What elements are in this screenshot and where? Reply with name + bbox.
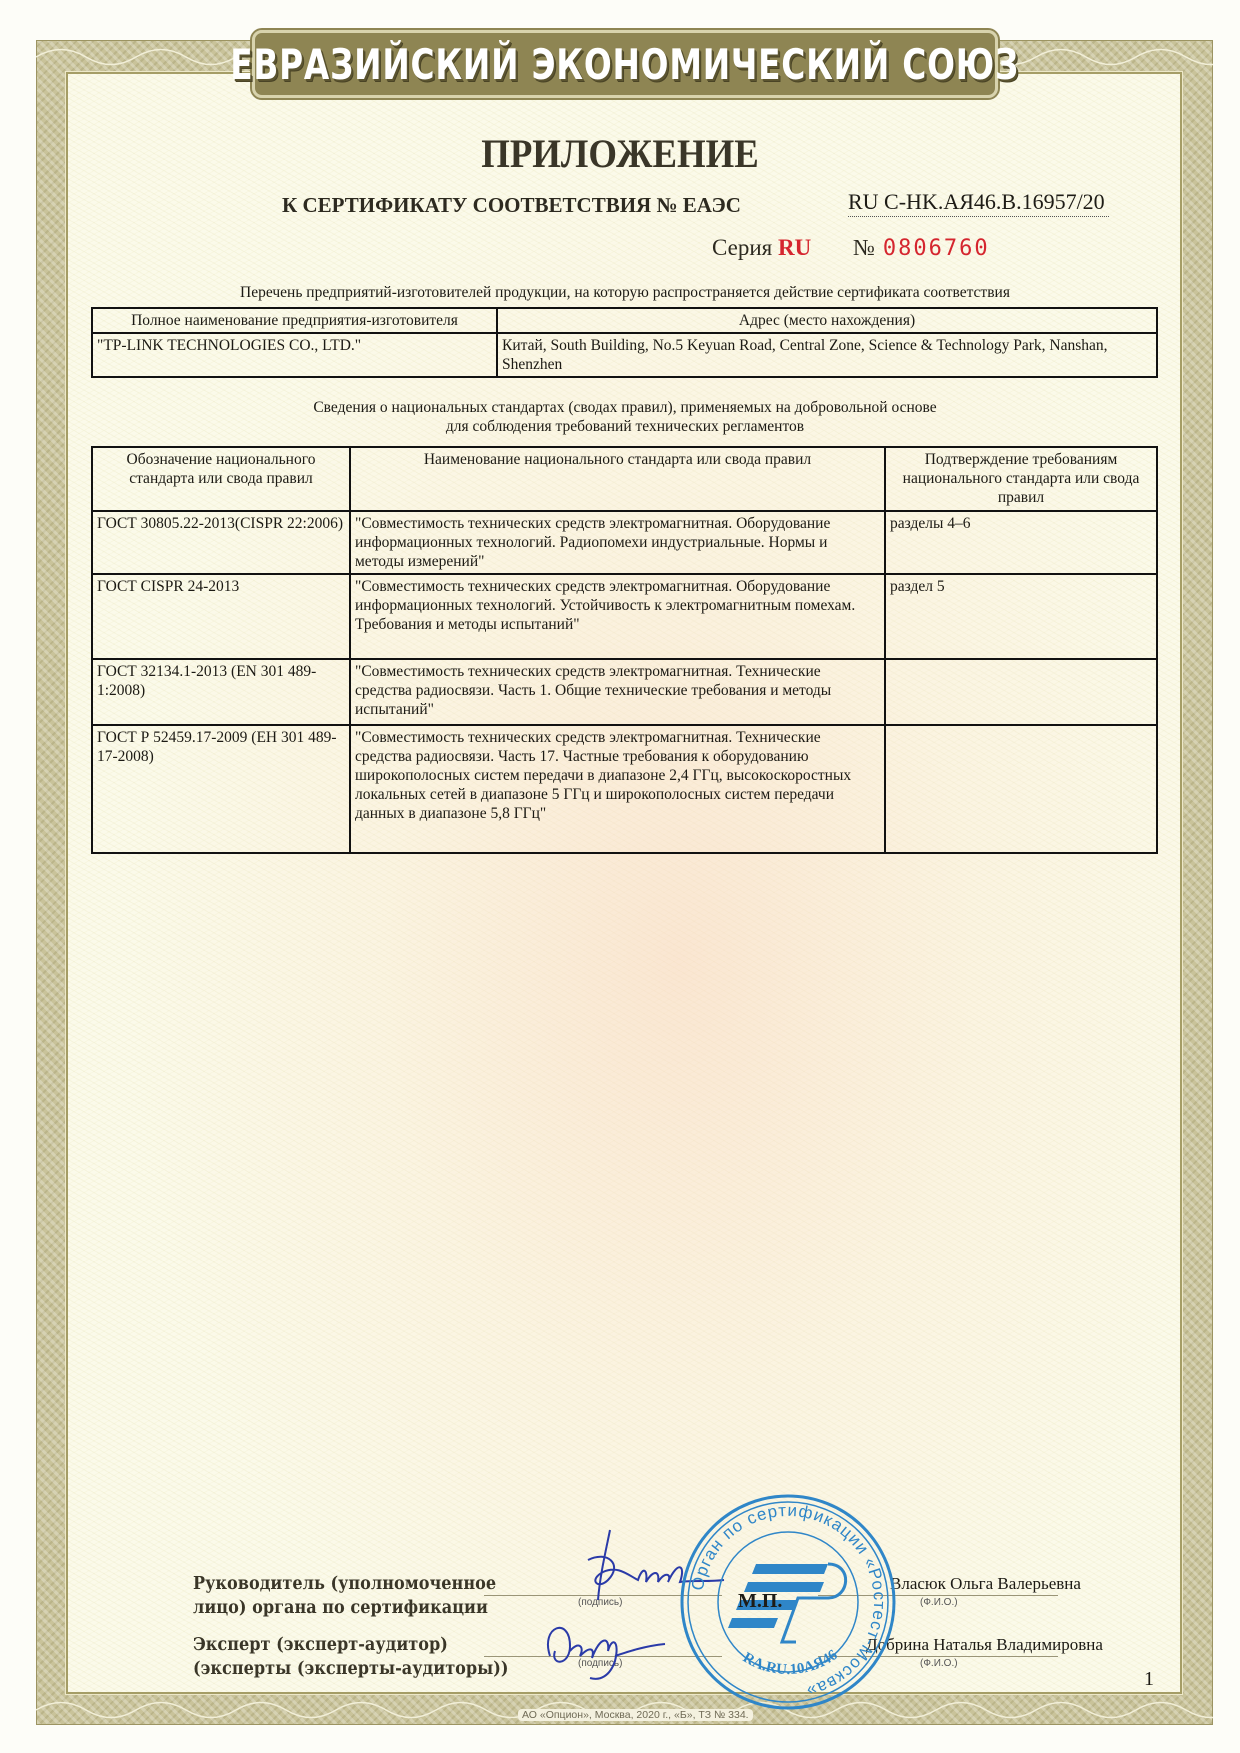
certificate-number: RU C-HK.АЯ46.B.16957/20 [848,189,1109,217]
head-name-caption: (Ф.И.О.) [920,1597,958,1608]
standards-caption-line1: Сведения о национальных стандартах (свод… [92,399,1158,417]
number-sign: № [853,235,875,260]
standards-caption-line2: для соблюдения требований технических ре… [92,418,1158,436]
standard-code: ГОСТ 32134.1-2013 (EN 301 489-1:2008) [92,659,350,725]
manufacturers-table: Полное наименование предприятия-изготови… [91,307,1158,378]
standard-code: ГОСТ Р 52459.17-2009 (ЕН 301 489-17-2008… [92,725,350,853]
head-label-line2: лицо) органа по сертификации [193,1596,496,1620]
series-label: Серия [712,235,772,260]
page-title: ПРИЛОЖЕНИЕ [50,130,1191,177]
series-value: RU [778,235,811,260]
table-row: ГОСТ 32134.1-2013 (EN 301 489-1:2008) "С… [92,659,1157,725]
standard-title: "Совместимость технических средств элект… [350,725,885,853]
svg-text:RA.RU.10АЯ46: RA.RU.10АЯ46 [740,1647,841,1678]
standard-confirmation [885,725,1157,853]
expert-label: Эксперт (эксперт-аудитор) (эксперты (экс… [193,1633,509,1681]
series-line: Серия RU №0806760 [712,235,990,261]
eaeu-banner: ЕВРАЗИЙСКИЙ ЭКОНОМИЧЕСКИЙ СОЮЗ [252,30,998,98]
table-row: "TP-LINK TECHNOLOGIES CO., LTD." Китай, … [92,333,1157,377]
standard-title: "Совместимость технических средств элект… [350,511,885,574]
manufacturer-name: "TP-LINK TECHNOLOGIES CO., LTD." [92,333,497,377]
standard-code: ГОСТ CISPR 24-2013 [92,574,350,659]
column-header: Полное наименование предприятия-изготови… [92,308,497,333]
head-label: Руководитель (уполномоченное лицо) орган… [193,1572,496,1620]
column-header: Наименование национального стандарта или… [350,447,885,511]
certificate-prefix: К СЕРТИФИКАТУ СООТВЕТСТВИЯ № ЕАЭС [282,193,741,218]
head-label-line1: Руководитель (уполномоченное [193,1572,496,1596]
table-row: ГОСТ Р 52459.17-2009 (ЕН 301 489-17-2008… [92,725,1157,853]
expert-name-caption: (Ф.И.О.) [920,1658,958,1669]
standard-confirmation: раздел 5 [885,574,1157,659]
banner-text: ЕВРАЗИЙСКИЙ ЭКОНОМИЧЕСКИЙ СОЮЗ [231,40,1020,89]
table-header-row: Полное наименование предприятия-изготови… [92,308,1157,333]
table-row: ГОСТ CISPR 24-2013 "Совместимость технич… [92,574,1157,659]
column-header: Адрес (место нахождения) [497,308,1157,333]
expert-label-line2: (эксперты (эксперты-аудиторы)) [193,1657,509,1681]
standard-confirmation: разделы 4–6 [885,511,1157,574]
standards-table: Обозначение национального стандарта или … [91,446,1158,854]
expert-label-line1: Эксперт (эксперт-аудитор) [193,1633,509,1657]
table-row: ГОСТ 30805.22-2013(CISPR 22:2006) "Совме… [92,511,1157,574]
manufacturers-caption: Перечень предприятий-изготовителей проду… [92,284,1158,302]
form-number: 0806760 [883,236,990,261]
column-header: Подтверждение требованиям национального … [885,447,1157,511]
expert-name: Добрина Наталья Владимировна [866,1635,1103,1655]
printer-imprint: АО «Опцион», Москва, 2020 г., «Б», ТЗ № … [518,1709,753,1721]
column-header: Обозначение национального стандарта или … [92,447,350,511]
head-name: Власюк Ольга Валерьевна [890,1574,1081,1594]
manufacturer-address: Китай, South Building, No.5 Keyuan Road,… [497,333,1157,377]
standard-title: "Совместимость технических средств элект… [350,574,885,659]
standard-confirmation [885,659,1157,725]
page-number: 1 [1144,1668,1154,1691]
table-header-row: Обозначение национального стандарта или … [92,447,1157,511]
seal-placeholder: М.П. [738,1590,782,1613]
standard-code: ГОСТ 30805.22-2013(CISPR 22:2006) [92,511,350,574]
expert-signature-icon [530,1606,670,1686]
standard-title: "Совместимость технических средств элект… [350,659,885,725]
certification-stamp-icon: Орган по сертификации «Ростест-Москва» R… [678,1492,898,1712]
